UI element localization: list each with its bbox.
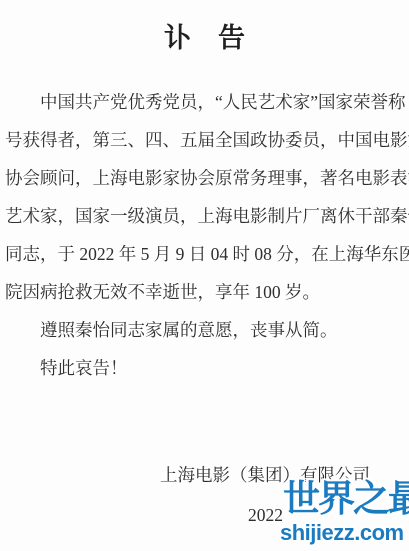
obituary-document: 讣 告 中国共产党优秀党员，“人民艺术家”国家荣誉称 号获得者，第三、四、五届全… [0,0,409,551]
paragraph1-line3: 协会顾问，上海电影家协会原常务理事，著名电影表演 [5,159,405,197]
paragraph1-line5: 同志，于 2022 年 5 月 9 日 04 时 08 分，在上海华东医 [5,235,405,273]
paragraph2: 遵照秦怡同志家属的意愿，丧事从简。 [5,311,405,349]
document-title: 讣 告 [0,0,409,35]
watermark-logo-text: 世界之最 [283,477,409,521]
paragraph1-line4: 艺术家，国家一级演员，上海电影制片厂离休干部秦怡 [5,197,405,235]
document-body: 中国共产党优秀党员，“人民艺术家”国家荣誉称 号获得者，第三、四、五届全国政协委… [0,83,409,387]
paragraph1-line1: 中国共产党优秀党员，“人民艺术家”国家荣誉称 [5,83,405,121]
paragraph3: 特此哀告！ [5,349,405,387]
watermark-url-text: shijiezz.com [280,519,404,546]
paragraph1-line6: 院因病抢救无效不幸逝世，享年 100 岁。 [5,273,405,311]
paragraph1-line2: 号获得者，第三、四、五届全国政协委员，中国电影家 [5,121,405,159]
